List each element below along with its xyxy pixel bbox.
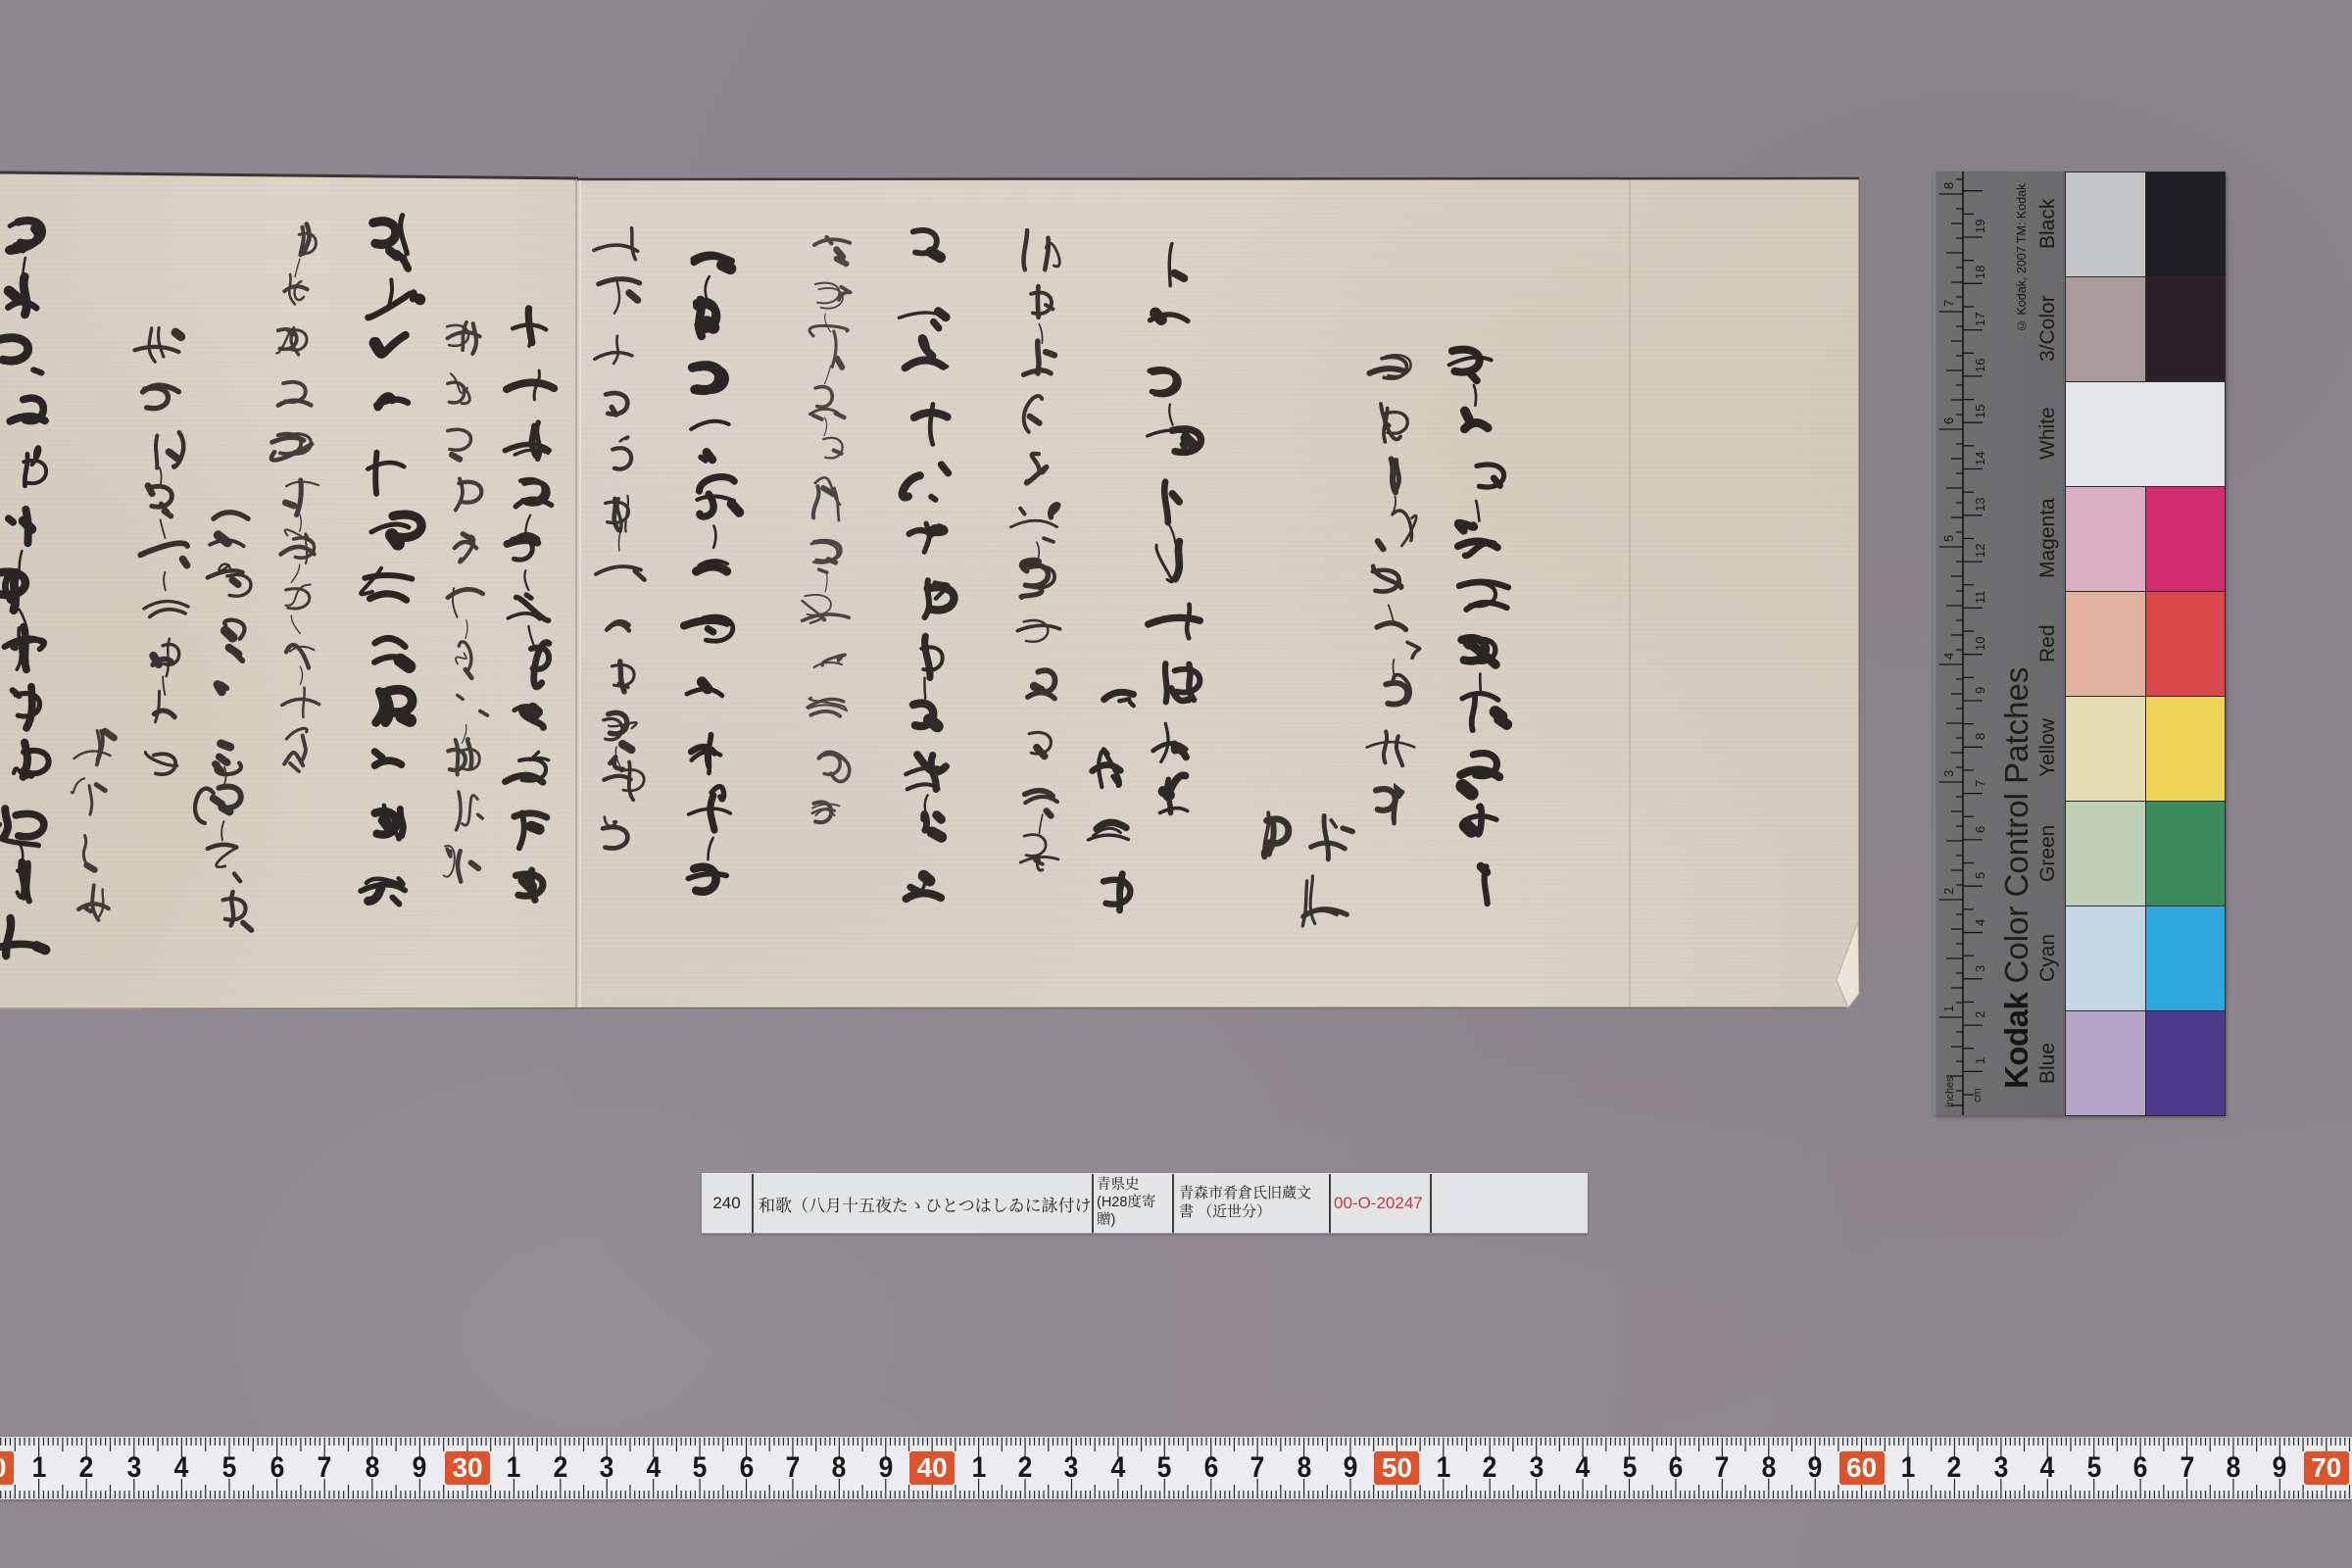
inch-mark-label: 7	[1941, 293, 1957, 313]
cm-mark-label: 16	[1973, 355, 1988, 376]
patch-magenta-light	[2065, 486, 2146, 592]
tape-cm-label: 4	[1565, 1451, 1599, 1485]
tape-cm-label: 4	[636, 1451, 670, 1485]
calligraphy-column	[1010, 230, 1059, 870]
tape-cm-label: 5	[212, 1451, 246, 1485]
cm-mark-label: 8	[1973, 725, 1988, 747]
cm-mark-label: 10	[1973, 633, 1988, 655]
cm-mark-label: 19	[1973, 216, 1988, 237]
color-chart-ruler-strip: Kodak Color Control Patches © Kodak, 200…	[1934, 171, 2065, 1115]
tape-cm-label: 5	[2077, 1451, 2111, 1485]
tape-decade-label: 60	[1839, 1451, 1885, 1485]
unit-inches-label: inches	[1943, 1068, 1957, 1107]
calligraphy-column	[684, 255, 739, 891]
calligraphy-column	[1302, 815, 1352, 925]
tape-cm-label: 9	[868, 1451, 903, 1485]
color-chart-subtitle: Color Control Patches	[1998, 667, 2034, 993]
cm-mark-label: 4	[1973, 911, 1988, 933]
patch-black-dark	[2145, 171, 2226, 277]
tape-cm-label: 2	[1473, 1451, 1507, 1485]
patch-cyan-dark	[2145, 906, 2226, 1011]
cm-mark-label: 5	[1973, 864, 1988, 886]
tape-cm-label: 6	[260, 1451, 294, 1485]
tape-cm-label: 4	[2031, 1451, 2065, 1485]
cm-mark-label: 2	[1973, 1004, 1988, 1025]
tape-cm-label: 1	[1426, 1451, 1460, 1485]
tape-cm-label: 8	[822, 1451, 857, 1485]
unit-cm-label: cm	[1971, 1081, 1984, 1102]
calligraphy-column	[1148, 244, 1201, 813]
label-collection-line: 青森市肴倉氏旧蔵文	[1179, 1184, 1325, 1202]
tape-cm-label: 7	[775, 1451, 809, 1485]
tape-cm-label: 6	[1658, 1451, 1692, 1485]
patch-green-dark	[2145, 801, 2226, 906]
cm-mark-label: 18	[1973, 262, 1988, 283]
inch-mark-label: 4	[1941, 646, 1957, 665]
label-source-line: 贈)	[1097, 1211, 1169, 1229]
patch-red-light	[2065, 591, 2146, 697]
tape-cm-label: 9	[403, 1451, 437, 1485]
inch-mark-label: 2	[1941, 881, 1957, 901]
cm-mark-label: 9	[1973, 679, 1988, 701]
patch-cyan-light	[2065, 906, 2146, 1011]
patch-blue-dark	[2145, 1010, 2226, 1116]
tape-decade-label: 50	[1374, 1451, 1419, 1485]
catalog-label: 240 和歌（八月十五夜たゝひとつはしゐに詠付けて） 青県史 (H28度寄 贈)…	[702, 1173, 1588, 1234]
tape-cm-label: 1	[961, 1451, 996, 1485]
color-chart-card: Kodak Color Control Patches © Kodak, 200…	[1934, 171, 2226, 1115]
tape-cm-label: 7	[2170, 1451, 2204, 1485]
calligraphy-column	[505, 309, 554, 901]
tape-cm-label: 3	[117, 1451, 151, 1485]
tape-cm-label: 1	[22, 1451, 56, 1485]
tape-cm-label: 5	[682, 1451, 716, 1485]
inch-mark-label: 8	[1941, 175, 1957, 195]
calligraphy-column	[0, 220, 49, 955]
calligraphy-column	[195, 513, 251, 930]
tape-cm-label: 9	[1333, 1451, 1367, 1485]
tape-cm-label: 8	[355, 1451, 389, 1485]
patch-label-red: Red	[2034, 591, 2062, 696]
tape-cm-label: 6	[1194, 1451, 1228, 1485]
tape-cm-label: 3	[1054, 1451, 1089, 1485]
cm-mark-label: 17	[1973, 309, 1988, 330]
calligraphy-column	[899, 230, 954, 899]
calligraphy-column	[72, 730, 115, 920]
label-title: 和歌（八月十五夜たゝひとつはしゐに詠付けて）	[754, 1174, 1094, 1233]
tape-cm-label: 5	[1612, 1451, 1646, 1485]
label-id: 00-O-20247	[1331, 1174, 1432, 1233]
tape-cm-label: 8	[1287, 1451, 1321, 1485]
patch-label-3-color: 3/Color	[2034, 276, 2062, 381]
cm-mark-label: 14	[1973, 448, 1988, 469]
tape-cm-label: 8	[2216, 1451, 2250, 1485]
patch-yellow-dark	[2145, 696, 2226, 802]
tape-cm-label: 3	[1519, 1451, 1553, 1485]
torn-corner	[1837, 921, 1859, 1007]
label-source-line: 青県史	[1097, 1176, 1169, 1194]
cm-mark-label: 15	[1973, 401, 1988, 422]
tape-cm-label: 7	[1241, 1451, 1275, 1485]
label-source: 青県史 (H28度寄 贈)	[1094, 1174, 1174, 1233]
calligraphy-column	[1449, 350, 1508, 904]
tape-cm-label: 7	[1705, 1451, 1739, 1485]
tape-measure: 2012345678930123456789401234567895012345…	[0, 1437, 2352, 1499]
label-source-line: (H28度寄	[1097, 1194, 1169, 1211]
tape-cm-label: 4	[165, 1451, 199, 1485]
patch-black-light	[2065, 171, 2146, 277]
tape-decade-label: 70	[2304, 1451, 2349, 1485]
tape-cm-label: 2	[1937, 1451, 1972, 1485]
patch-label-yellow: Yellow	[2034, 696, 2062, 801]
patch-label-black: Black	[2034, 171, 2062, 276]
tape-decade-label: 30	[445, 1451, 490, 1485]
tape-cm-label: 3	[1984, 1451, 2018, 1485]
calligraphy-column	[803, 237, 851, 822]
patch-label-blue: Blue	[2034, 1010, 2062, 1115]
patch-label-white: White	[2034, 381, 2062, 486]
color-chart-title: Kodak Color Control Patches	[1996, 658, 2037, 1089]
inch-mark-label: 5	[1941, 528, 1957, 548]
tape-cm-label: 1	[497, 1451, 531, 1485]
patch-green-light	[2065, 801, 2146, 906]
inch-mark-label: 3	[1941, 763, 1957, 783]
tape-cm-label: 6	[2124, 1451, 2158, 1485]
patch-3-color-light	[2065, 276, 2146, 382]
patch-label-cyan: Cyan	[2034, 906, 2062, 1010]
calligraphy-column	[135, 328, 189, 775]
inch-mark-label: 6	[1941, 411, 1957, 430]
patch-blue-light	[2065, 1010, 2146, 1116]
patch-yellow-light	[2065, 696, 2146, 802]
tape-cm-label: 2	[543, 1451, 577, 1485]
tape-cm-label: 6	[729, 1451, 763, 1485]
patch-label-magenta: Magenta	[2034, 486, 2062, 591]
patch-label-green: Green	[2034, 801, 2062, 906]
calligraphy-column	[444, 322, 488, 882]
cm-mark-label: 13	[1973, 494, 1988, 515]
label-notes	[1432, 1174, 1588, 1233]
color-chart-copyright: © Kodak, 2007 TM: Kodak	[2014, 185, 2030, 332]
tape-cm-label: 9	[1798, 1451, 1833, 1485]
calligraphy-column	[1088, 692, 1133, 910]
tape-cm-label: 9	[2263, 1451, 2297, 1485]
calligraphy-column	[594, 228, 645, 849]
patch-white	[2065, 381, 2226, 487]
calligraphy-column	[271, 224, 319, 771]
label-collection: 青森市肴倉氏旧蔵文 書 （近世分）	[1174, 1174, 1331, 1233]
calligraphy-column	[361, 216, 422, 905]
inch-mark-label: 1	[1941, 999, 1957, 1018]
kodak-logo: Kodak	[1998, 993, 2034, 1089]
calligraphy-column	[1263, 812, 1288, 857]
tape-cm-label: 8	[1751, 1451, 1786, 1485]
cm-mark-label: 3	[1973, 957, 1988, 979]
cm-mark-label: 1	[1973, 1050, 1988, 1071]
patch-magenta-dark	[2145, 486, 2226, 592]
tape-cm-label: 7	[308, 1451, 342, 1485]
label-collection-line: 書 （近世分）	[1179, 1202, 1325, 1221]
label-number: 240	[702, 1174, 754, 1233]
patch-red-dark	[2145, 591, 2226, 697]
cm-mark-label: 7	[1973, 772, 1988, 794]
tape-decade-label: 20	[0, 1451, 14, 1485]
calligraphy-column	[1367, 355, 1420, 823]
tape-cm-label: 4	[1101, 1451, 1135, 1485]
tape-decade-label: 40	[909, 1451, 955, 1485]
cm-mark-label: 11	[1973, 586, 1988, 608]
cm-mark-label: 6	[1973, 818, 1988, 840]
patch-3-color-dark	[2145, 276, 2226, 382]
tape-cm-label: 3	[590, 1451, 624, 1485]
tape-cm-label: 2	[70, 1451, 104, 1485]
cm-mark-label: 12	[1973, 540, 1988, 562]
tape-cm-label: 5	[1148, 1451, 1182, 1485]
tape-cm-label: 1	[1890, 1451, 1925, 1485]
calligraphy	[0, 216, 1508, 955]
tape-cm-label: 2	[1007, 1451, 1042, 1485]
